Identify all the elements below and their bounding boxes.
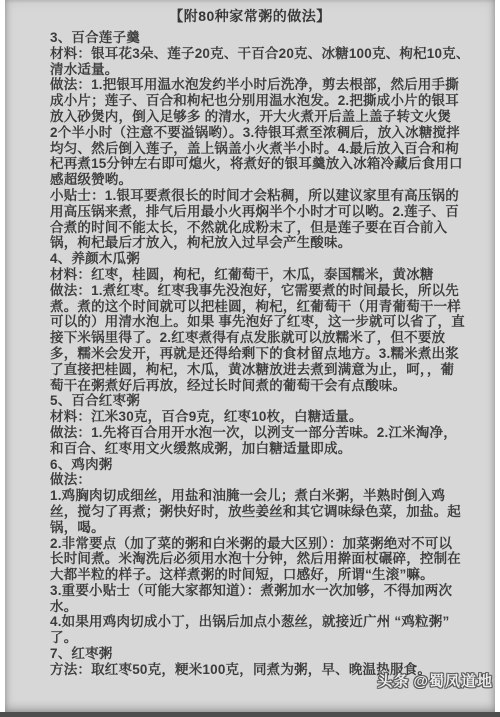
recipe-line: 多，糯米会发开，再就是还得给剩下的食材留点地方。3.糯米煮出浆 [50,346,465,362]
recipe-line: 材料：红枣，桂圆，枸杞，红葡萄干，木瓜，泰国糯米，黄冰糖 [50,267,465,283]
recipe-line: 清水适量。 [50,62,465,78]
recipe-line: 做法：1.先将百合用开水泡一次，以洌支一部分苦味。2.江米淘净， [50,425,465,441]
recipe-line: 合煮的时间不能太长，不然就化成粉末了，但是莲子要在百合前入 [50,220,465,236]
recipe-line: 萄干在粥煮好后再放，经过长时间煮的葡萄干会有点酸味。 [50,378,465,394]
toutiao-watermark: 头条@蜀凤道地 [346,653,493,708]
recipe-line: 感超级赞哟。 [50,172,465,188]
recipe-line: 3.重要小贴士（可能大家都知道）：煮粥加水一次加够，不得加两次 [50,583,465,599]
recipe-line: 杞再煮15分钟左右即可熄火，将煮好的银耳羹放入冰箱冷藏后食用口 [50,156,465,172]
recipe-line: 小贴士：1.银耳要煮很长的时间才会粘稠，所以建议家里有高压锅的 [50,188,465,204]
recipe-section-papaya-congee: 4、养颜木瓜粥 材料：红枣，桂圆，枸杞，红葡萄干，木瓜，泰国糯米，黄冰糖 做法：… [50,251,465,393]
recipe-line: 成小片；莲子、百合和枸杞也分别用温水泡发。2.把撕成小片的银耳 [50,93,465,109]
recipe-line: 2个半小时（注意不要溢锅哟）。3.待银耳煮至浓稠后，放入冰糖搅拌 [50,125,465,141]
recipe-line: 丝，搅匀了再煮；粥快好时，放些姜丝和其它调味绿色菜，加盐。起 [50,504,465,520]
recipe-line: 长时间煮。米淘洗后必须用水泡十分钟，然后用擀面杖碾碎，控制在 [50,551,465,567]
recipe-section-chicken-congee: 6、鸡肉粥 做法： 1.鸡胸肉切成细丝，用盐和油腌一会儿；煮白米粥，半熟时倒入鸡… [50,457,465,647]
screenshot-page: 【附80种家常粥的做法】 3、百合莲子羹 材料：银耳花3朵、莲子20克、干百合2… [0,0,500,717]
recipe-line: 2.非常要点（加了菜的粥和白米粥的最大区别）：加菜粥绝对不可以 [50,536,465,552]
recipe-line: 了。 [50,630,465,646]
recipe-line: 做法： [50,472,465,488]
recipe-line: 可以的）用清水泡上。如果 事先泡好了红枣，这一步就可以省了，直 [50,314,465,330]
recipe-line: 水。 [50,599,465,615]
recipe-line: 大都半粒的样子。这样煮粥的时间短，口感好，所谓“生滚”嘛。 [50,567,465,583]
recipe-line: 材料：江米30克，百合9克，红枣10枚，白糖适量。 [50,409,465,425]
recipe-text-image: 【附80种家常粥的做法】 3、百合莲子羹 材料：银耳花3朵、莲子20克、干百合2… [5,0,495,712]
recipe-line: 用高压锅来煮，排气后用最小火再焖半个小时才可以哟。2.莲子、百 [50,204,465,220]
recipe-heading: 5、百合红枣粥 [50,393,465,409]
recipe-line: 1.鸡胸肉切成细丝，用盐和油腌一会儿；煮白米粥，半熟时倒入鸡 [50,488,465,504]
recipe-line: 材料：银耳花3朵、莲子20克、干百合20克、冰糖100克、枸杞10克、 [50,46,465,62]
recipe-line: 做法：1.煮红枣。红枣我事先没泡好，它需要煮的时间最长，所以先 [50,283,465,299]
recipe-section-lily-jujube-congee: 5、百合红枣粥 材料：江米30克，百合9克，红枣10枚，白糖适量。 做法：1.先… [50,393,465,456]
recipe-heading: 4、养颜木瓜粥 [50,251,465,267]
recipe-line: 煮。煮的这个时间就可以把桂圆，枸杞，红葡萄干（用青葡萄干一样 [50,299,465,315]
bottom-edge-band [0,712,500,717]
recipe-line: 和百合、红枣用文火缓熬成粥，加白糖适量即成。 [50,441,465,457]
document-title: 【附80种家常粥的做法】 [5,0,495,26]
recipe-line: 了直接把桂圆，枸杞，木瓜，黄冰糖放进去煮到满意为止，呵，，葡 [50,362,465,378]
recipe-section-lily-lotus-soup: 3、百合莲子羹 材料：银耳花3朵、莲子20克、干百合20克、冰糖100克、枸杞1… [50,30,465,251]
recipe-heading: 3、百合莲子羹 [50,30,465,46]
recipe-line: 做法：1.把银耳用温水泡发约半小时后洗净，剪去根部，然后用手撕 [50,77,465,93]
recipe-text-block: 3、百合莲子羹 材料：银耳花3朵、莲子20克、干百合20克、冰糖100克、枸杞1… [5,30,495,678]
watermark-source-label: 头条 [377,673,409,690]
recipe-line: 4.如果用鸡肉切成小丁，出锅后加点小葱丝，就接近广州 “鸡粒粥” [50,614,465,630]
recipe-line: 接下米锅里得了。2.红枣煮得有点发胀就可以放糯米了，但不要放 [50,330,465,346]
recipe-line: 锅，喝。 [50,520,465,536]
watermark-handle: @蜀凤道地 [413,673,493,690]
recipe-line: 均匀、然后倒入莲子，盖上锅盖小火煮半小时。4.最后放入百合和枸 [50,141,465,157]
recipe-heading: 6、鸡肉粥 [50,457,465,473]
recipe-line: 放入砂煲内，倒入足够多 的清水，开大火煮开后盖上盖子转文火煲 [50,109,465,125]
recipe-line: 锅，枸杞最后才放入，枸杞放入过早会产生酸味。 [50,235,465,251]
